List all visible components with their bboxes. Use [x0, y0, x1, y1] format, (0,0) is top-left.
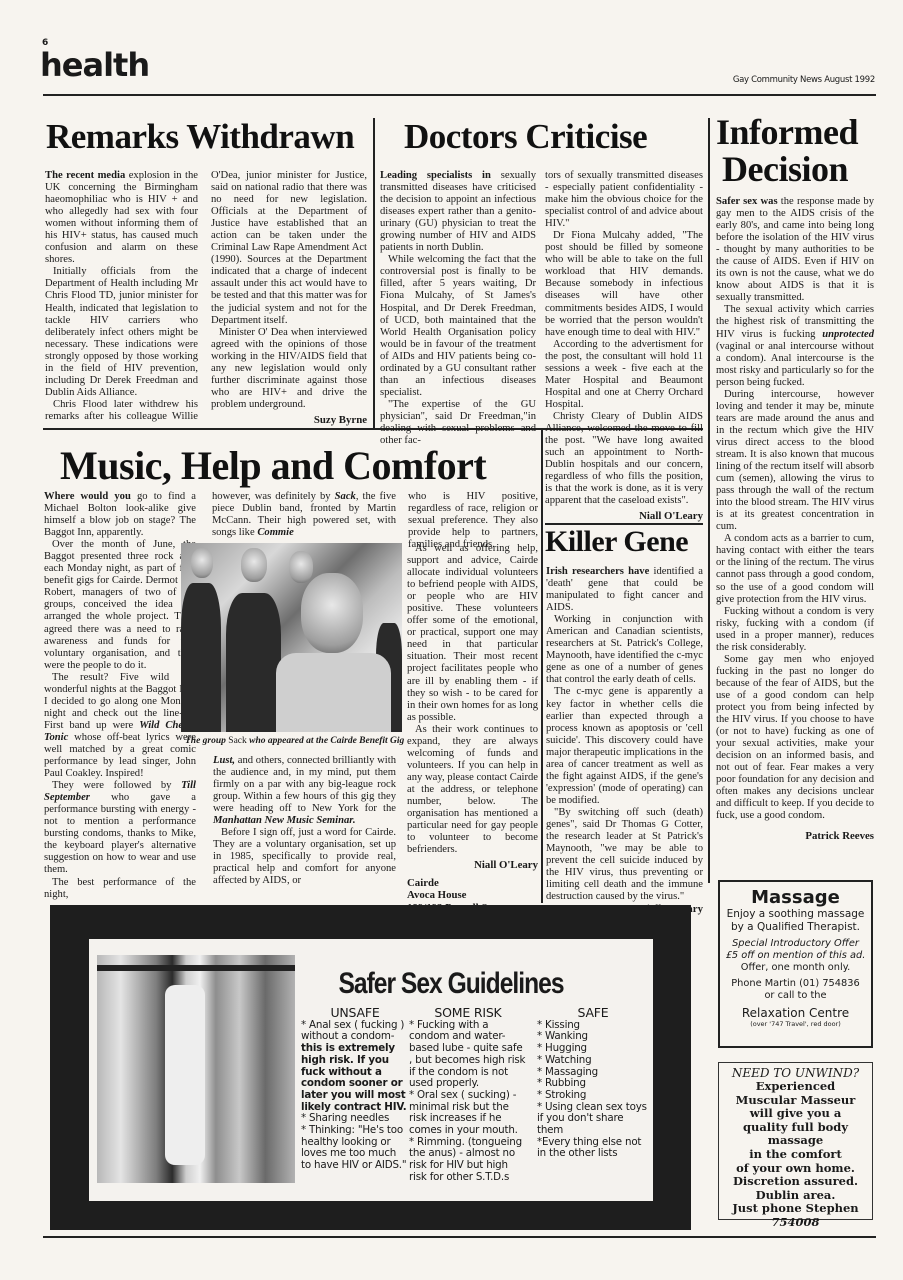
section-label: health — [40, 46, 149, 84]
killer-body: Irish researchers have identified a 'dea… — [546, 566, 703, 915]
doctors-col2: tors of sexually transmitted diseases - … — [545, 170, 703, 522]
column-divider — [541, 428, 543, 903]
remarks-col2: O'Dea, junior minister for Justice, said… — [211, 170, 367, 426]
unwind-ad-lines: Experienced Muscular Masseur will give y… — [719, 1080, 872, 1216]
guidelines-box: Safer Sex Guidelines UNSAFE * Anal sex (… — [50, 905, 691, 1230]
music-col3: As well as offering help, support and ad… — [407, 543, 538, 938]
music-headline: Music, Help and Comfort — [60, 446, 486, 486]
remarks-byline: Suzy Byrne — [211, 414, 367, 426]
column-divider — [373, 118, 375, 428]
some-risk-column: SOME RISK * Fucking with a condom and wa… — [409, 1007, 527, 1184]
doctors-col1: Leading specialists in sexually transmit… — [380, 170, 536, 447]
unsafe-column: UNSAFE * Anal sex ( fucking ) without a … — [301, 1007, 409, 1172]
music-col2-top: however, was definitely by Sack, the fiv… — [212, 491, 396, 539]
music-byline: Niall O'Leary — [407, 859, 538, 871]
doctors-byline: Niall O'Leary — [545, 510, 703, 522]
informed-byline: Patrick Reeves — [716, 830, 874, 842]
music-col1: Where would you go to find a Michael Bol… — [44, 491, 196, 901]
doctors-headline: Doctors Criticise — [404, 119, 647, 154]
remarks-headline: Remarks Withdrawn — [46, 119, 354, 154]
massage-ad: Massage Enjoy a soothing massage by a Qu… — [718, 880, 873, 1048]
header-rule — [43, 94, 876, 96]
informed-headline: Informed Decision — [716, 114, 858, 188]
remarks-col1: The recent media explosion in the UK con… — [45, 170, 198, 423]
guidelines-title: Safer Sex Guidelines — [336, 967, 566, 1001]
informed-body: Safer sex was the response made by gay m… — [716, 196, 874, 842]
killer-headline: Killer Gene — [545, 527, 688, 557]
photo-caption: The group Sack who appeared at the Caird… — [185, 736, 404, 746]
remarks-lead: The recent media — [45, 170, 125, 181]
masthead: Gay Community News August 1992 — [733, 75, 875, 85]
jeans-photo — [97, 955, 295, 1183]
column-divider — [708, 118, 710, 883]
music-col2-bottom: Lust, and others, connected brilliantly … — [213, 755, 396, 888]
unwind-ad: NEED TO UNWIND? Experienced Muscular Mas… — [718, 1062, 873, 1220]
footer-rule — [43, 1236, 876, 1238]
band-photo — [181, 543, 402, 732]
safe-column: SAFE * Kissing * Wanking * Hugging * Wat… — [537, 1007, 649, 1160]
guidelines-panel: Safer Sex Guidelines UNSAFE * Anal sex (… — [89, 939, 653, 1201]
